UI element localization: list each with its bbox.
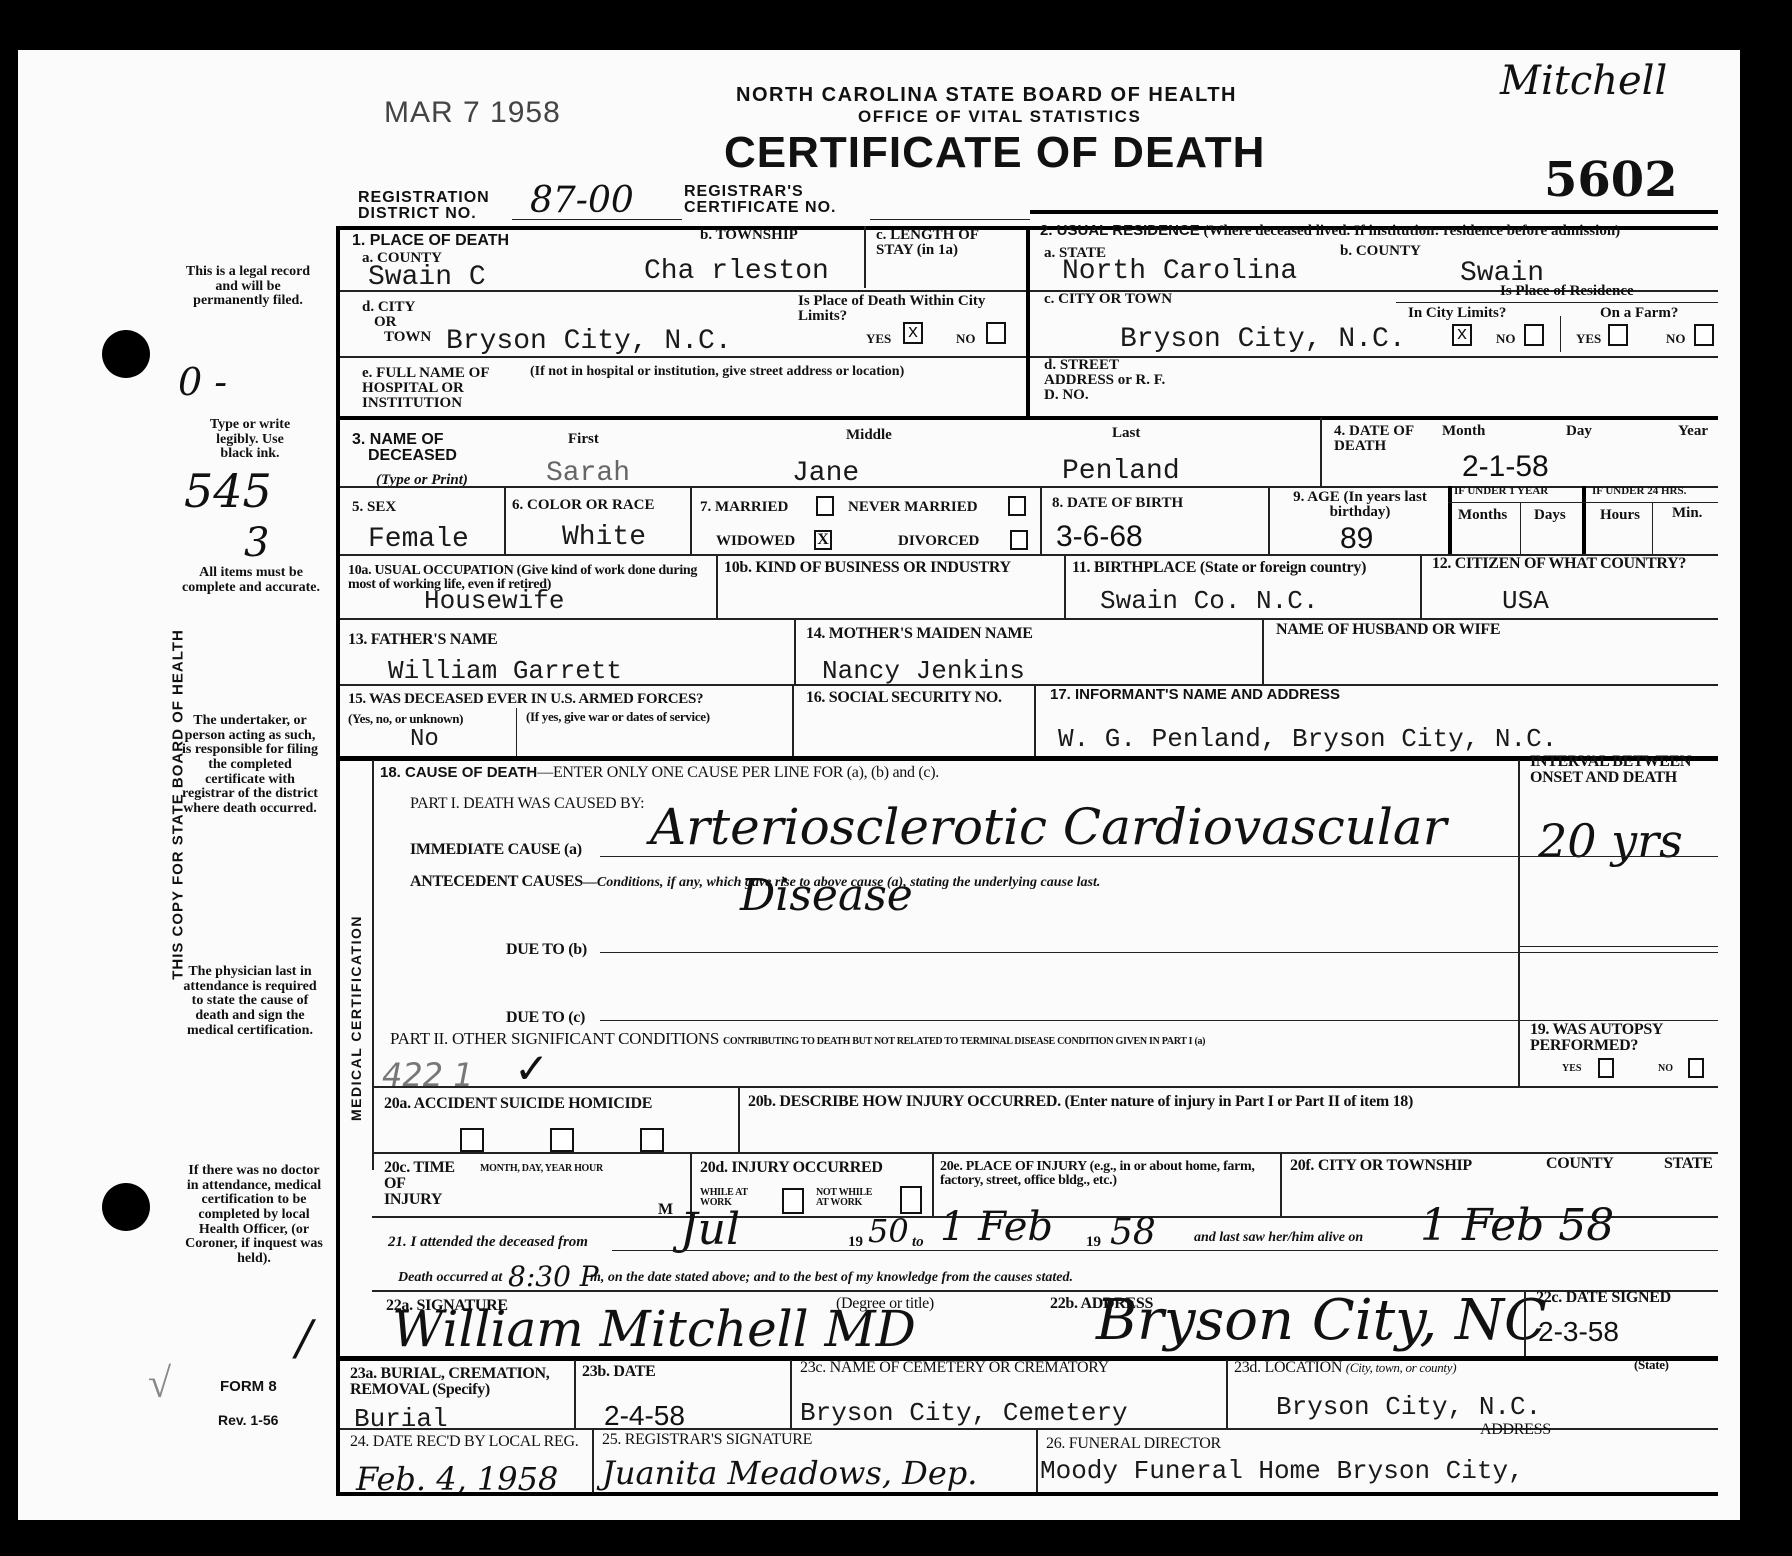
divider [932, 1152, 934, 1216]
physician-signature: William Mitchell MD [392, 1300, 916, 1358]
name-of-deceased-label: 3. NAME OF DECEASED [352, 432, 457, 464]
date-received-label: 24. DATE REC'D BY LOCAL REG. [350, 1434, 584, 1450]
residence-county-label: b. COUNTY [1340, 244, 1421, 259]
date-of-death-value: 2-1-58 [1462, 450, 1549, 484]
divider [690, 486, 692, 554]
divider [1524, 1290, 1526, 1360]
divider [1034, 684, 1036, 756]
injury-county-label: COUNTY [1546, 1156, 1614, 1172]
homicide-checkbox[interactable] [640, 1128, 664, 1152]
location-value: Bryson City, N.C. [1276, 1392, 1541, 1422]
within-city-yes-label: YES [866, 332, 891, 345]
on-farm-no-label: NO [1666, 332, 1686, 345]
in-city-no-label: NO [1496, 332, 1516, 345]
immediate-cause-value-2: Disease [740, 870, 913, 921]
min-label: Min. [1672, 506, 1702, 521]
race-value: White [562, 522, 646, 553]
registration-district-label: REGISTRATION DISTRICT NO. [358, 190, 490, 222]
divider [340, 618, 1718, 620]
office-name: OFFICE OF VITAL STATISTICS [858, 107, 1141, 127]
burial-state-label: (State) [1634, 1358, 1669, 1371]
on-farm-yes-checkbox[interactable] [1608, 324, 1628, 346]
medical-column-rule [372, 760, 374, 1170]
hours-label: Hours [1600, 508, 1640, 523]
birthplace-label: 11. BIRTHPLACE (State or foreign country… [1072, 560, 1366, 576]
divorced-label: DIVORCED [898, 534, 979, 549]
age-label: 9. AGE (In years last birthday) [1276, 490, 1444, 520]
immediate-cause-value: Arteriosclerotic Cardiovascular [650, 798, 1447, 856]
last-saw-label: and last saw her/him alive on [1194, 1230, 1404, 1246]
citizen-label: 12. CITIZEN OF WHAT COUNTRY? [1432, 556, 1686, 572]
date-signed-label: 22c. DATE SIGNED [1536, 1290, 1671, 1306]
hand-code-1: 0 - [178, 360, 227, 404]
last-name-label: Last [1112, 426, 1140, 441]
informant-value: W. G. Penland, Bryson City, N.C. [1058, 724, 1557, 754]
divider [372, 1152, 1718, 1154]
divider [1262, 618, 1264, 684]
under-1-year-label: IF UNDER 1 YEAR [1454, 486, 1548, 497]
note-legal-record: This is a legal record and will be perma… [178, 265, 318, 309]
injury-state-label: STATE [1664, 1156, 1713, 1172]
birthplace-value: Swain Co. N.C. [1100, 586, 1318, 616]
underline [1518, 856, 1718, 857]
pencil-check-mark: √ [148, 1360, 171, 1408]
days-label: Days [1534, 508, 1566, 523]
residence-state-value: North Carolina [1062, 256, 1297, 287]
divider [1280, 1152, 1282, 1216]
attended-from-year: 50 [868, 1212, 909, 1250]
divider [1320, 418, 1322, 486]
month-label: Month [1442, 424, 1485, 439]
divider [592, 1428, 594, 1494]
last-name-value: Penland [1062, 456, 1180, 487]
burial-date-label: 23b. DATE [582, 1364, 655, 1380]
accident-checkbox[interactable] [460, 1128, 484, 1152]
on-farm-yes-label: YES [1576, 332, 1601, 345]
autopsy-no-checkbox[interactable] [1688, 1058, 1704, 1078]
divider [1518, 760, 1520, 1086]
registration-district-value: 87-00 [530, 180, 634, 221]
day-label: Day [1566, 424, 1592, 439]
underline [512, 219, 682, 220]
section-rule [336, 416, 1718, 420]
divider [340, 290, 1026, 292]
place-of-injury-label: 20e. PLACE OF INJURY (e.g., in or about … [940, 1160, 1270, 1188]
residence-city-value: Bryson City, N.C. [1120, 324, 1406, 355]
medical-certification-label: MEDICAL CERTIFICATION [348, 878, 364, 1158]
never-married-checkbox[interactable] [1008, 496, 1026, 516]
note-physician: The physician last in attendance is requ… [180, 965, 320, 1038]
divider [504, 486, 506, 554]
last-saw-value: 1 Feb 58 [1420, 1200, 1614, 1251]
year-label: Year [1678, 424, 1708, 439]
divider [574, 1360, 576, 1428]
section-rule [336, 756, 1718, 761]
in-city-yes-checkbox[interactable]: x [1452, 324, 1472, 346]
place-of-residence-label: Is Place of Residence [1500, 284, 1634, 299]
widowed-label: WIDOWED [716, 534, 795, 549]
within-city-no-checkbox[interactable] [986, 322, 1006, 344]
on-farm-label: On a Farm? [1600, 306, 1678, 321]
first-name-label: First [568, 432, 599, 447]
not-while-at-work-checkbox[interactable] [900, 1186, 922, 1214]
attended-to-year: 58 [1110, 1212, 1156, 1253]
hospital-label: e. FULL NAME OF HOSPITAL OR INSTITUTION [362, 366, 502, 411]
interval-label: INTERVAL BETWEEN ONSET AND DEATH [1530, 754, 1720, 786]
armed-forces-sub2: (If yes, give war or dates of service) [526, 710, 710, 723]
immediate-cause-label: IMMEDIATE CAUSE (a) [410, 842, 582, 858]
middle-name-label: Middle [846, 428, 892, 443]
under-24-hours-label: IF UNDER 24 HRS. [1592, 486, 1686, 497]
date-signed-value: 2-3-58 [1538, 1316, 1619, 1348]
divider [1036, 1428, 1038, 1494]
form-number: FORM 8 [220, 1378, 277, 1395]
sex-value: Female [368, 524, 469, 555]
to-label: to [912, 1234, 924, 1251]
widowed-checkbox[interactable]: X [814, 530, 832, 550]
section-divider [1026, 226, 1030, 418]
in-city-limits-label: In City Limits? [1408, 306, 1506, 321]
place-of-death-label: 1. PLACE OF DEATH [352, 232, 509, 250]
death-time-value: 8:30 P [508, 1260, 599, 1293]
divorced-checkbox[interactable] [1010, 530, 1028, 550]
married-checkbox[interactable] [816, 496, 834, 516]
certificate-number: 5602 [1544, 152, 1678, 208]
divider [716, 554, 718, 618]
divider [372, 1086, 1718, 1088]
autopsy-no-label: NO [1658, 1064, 1673, 1074]
hand-code-2: 545 [184, 464, 272, 518]
describe-injury-label: 20b. DESCRIBE HOW INJURY OCCURRED. (Ente… [748, 1094, 1413, 1110]
within-city-yes-checkbox[interactable]: x [903, 322, 923, 344]
death-county-value: Swain C [368, 262, 486, 293]
death-occurred-note: m, on the date stated above; and to the … [590, 1270, 1073, 1286]
informant-label: 17. INFORMANT'S NAME AND ADDRESS [1050, 686, 1340, 703]
time-of-injury-sub: MONTH, DAY, YEAR HOUR [480, 1164, 603, 1174]
header-rule [1030, 210, 1718, 214]
divider [1448, 486, 1452, 554]
interval-value: 20 yrs [1538, 814, 1683, 868]
divider [790, 1360, 792, 1428]
within-city-no-label: NO [956, 332, 976, 345]
armed-forces-value: No [410, 726, 439, 753]
occupation-value: Housewife [424, 586, 564, 616]
hand-code-3: 3 [244, 520, 269, 566]
middle-name-value: Jane [792, 458, 859, 489]
divider [1652, 502, 1653, 554]
within-city-label: Is Place of Death Within City Limits? [798, 294, 1024, 324]
cemetery-label: 23c. NAME OF CEMETERY OR CREMATORY [800, 1360, 1109, 1376]
funeral-director-label: 26. FUNERAL DIRECTOR [1046, 1436, 1221, 1452]
death-city-value: Bryson City, N.C. [446, 326, 732, 357]
ssn-label: 16. SOCIAL SECURITY NO. [806, 690, 1002, 706]
residence-city-label: c. CITY OR TOWN [1044, 292, 1172, 307]
autopsy-yes-checkbox[interactable] [1598, 1058, 1614, 1078]
registrar-signature-value: Juanita Meadows, Dep. [602, 1454, 977, 1492]
city-label: d. CITY OR TOWN [362, 300, 431, 345]
board-name: NORTH CAROLINA STATE BOARD OF HEALTH [736, 84, 1237, 107]
street-address-label: d. STREET ADDRESS or R. F. D. NO. [1044, 358, 1174, 403]
injury-occurred-label: 20d. INJURY OCCURRED [700, 1160, 883, 1176]
autopsy-yes-label: YES [1562, 1064, 1581, 1074]
divider [1226, 1360, 1228, 1428]
married-label: 7. MARRIED [700, 500, 788, 515]
attended-to-value: 1 Feb [940, 1204, 1053, 1250]
bottom-rule [336, 1492, 1718, 1496]
injury-city-label: 20f. CITY OR TOWNSHIP [1290, 1158, 1472, 1174]
never-married-label: NEVER MARRIED [848, 500, 978, 515]
underline [870, 219, 1030, 220]
divider [516, 708, 517, 756]
sex-label: 5. SEX [352, 500, 396, 515]
note-complete: All items must be complete and accurate. [176, 566, 326, 595]
underline [612, 1250, 1718, 1251]
death-township-value: Cha rleston [644, 256, 829, 287]
armed-forces-label: 15. WAS DECEASED EVER IN U.S. ARMED FORC… [348, 692, 703, 707]
first-name-value: Sarah [546, 458, 630, 489]
funeral-director-value: Moody Funeral Home Bryson City, [1040, 1456, 1524, 1486]
in-city-no-checkbox[interactable] [1524, 324, 1544, 346]
mother-name-value: Nancy Jenkins [822, 656, 1025, 686]
attended-label: 21. I attended the deceased from [388, 1234, 588, 1251]
year-prefix-2: 19 [1086, 1234, 1101, 1251]
injury-type-label: 20a. ACCIDENT SUICIDE HOMICIDE [384, 1096, 652, 1112]
divider [792, 684, 794, 756]
date-of-birth-value: 3-6-68 [1056, 520, 1143, 554]
date-of-birth-label: 8. DATE OF BIRTH [1052, 496, 1183, 511]
underline [1518, 946, 1718, 947]
registrar-certificate-label: REGISTRAR'S CERTIFICATE NO. [684, 184, 836, 216]
divider [1268, 486, 1270, 554]
hand-mark: / [296, 1310, 312, 1366]
funeral-address-label: ADDRESS [1480, 1422, 1551, 1438]
note-type-legibly: Type or write legibly. Use black ink. [200, 418, 300, 462]
length-of-stay-label: c. LENGTH OF STAY (in 1a) [876, 228, 1016, 258]
punch-hole-bottom [102, 1183, 150, 1231]
divider [1520, 502, 1521, 554]
note-no-doctor: If there was no doctor in attendance, me… [184, 1164, 324, 1267]
death-occurred-label: Death occurred at [398, 1270, 502, 1286]
burial-type-label: 23a. BURIAL, CREMATION, REMOVAL (Specify… [350, 1366, 570, 1398]
cemetery-value: Bryson City, Cemetery [800, 1398, 1128, 1428]
part1-label: PART I. DEATH WAS CAUSED BY: [410, 796, 644, 812]
due-to-c-label: DUE TO (c) [506, 1010, 585, 1026]
year-prefix-1: 19 [848, 1234, 863, 1251]
autopsy-label: 19. WAS AUTOPSY PERFORMED? [1530, 1022, 1710, 1054]
divider [340, 356, 1026, 358]
age-value: 89 [1340, 522, 1373, 556]
while-at-work-checkbox[interactable] [782, 1188, 804, 1214]
underline [600, 952, 1718, 953]
divider [1040, 486, 1042, 554]
form-revision: Rev. 1-56 [218, 1412, 278, 1428]
page-title: CERTIFICATE OF DEATH [724, 128, 1265, 178]
location-label: 23d. LOCATION (City, town, or county) [1234, 1360, 1456, 1376]
divider [1396, 302, 1718, 303]
note-undertaker: The undertaker, or person acting as such… [180, 714, 320, 817]
cause-code: 422 1 [382, 1056, 474, 1094]
on-farm-no-checkbox[interactable] [1694, 324, 1714, 346]
not-while-at-work-label: NOT WHILE AT WORK [816, 1188, 886, 1208]
attended-from-value: Jul [680, 1204, 740, 1255]
corner-signature: Mitchell [1500, 58, 1667, 104]
citizen-value: USA [1502, 586, 1549, 616]
spouse-name-label: NAME OF HUSBAND OR WIFE [1276, 622, 1500, 638]
punch-hole-top [102, 330, 150, 378]
divider [864, 226, 866, 288]
divider [738, 1086, 740, 1152]
divider [1420, 554, 1422, 618]
divider [1064, 554, 1066, 618]
divider [340, 684, 1718, 686]
business-label: 10b. KIND OF BUSINESS OR INDUSTRY [724, 560, 1011, 576]
father-name-value: William Garrett [388, 656, 622, 686]
received-stamp: MAR 7 1958 [384, 96, 561, 130]
suicide-checkbox[interactable] [550, 1128, 574, 1152]
divider [1448, 502, 1718, 503]
registrar-signature-label: 25. REGISTRAR'S SIGNATURE [602, 1432, 812, 1448]
armed-forces-sub1: (Yes, no, or unknown) [348, 712, 463, 725]
physician-address: Bryson City, NC [1096, 1288, 1547, 1353]
months-label: Months [1458, 508, 1507, 523]
time-of-injury-label: 20c. TIME OF INJURY [384, 1160, 464, 1208]
part2-label: PART II. OTHER SIGNIFICANT CONDITIONS CO… [390, 1030, 1205, 1049]
divider [1582, 486, 1586, 554]
cause-of-death-label: 18. CAUSE OF DEATH—ENTER ONLY ONE CAUSE … [380, 764, 939, 782]
usual-residence-label: 2. USUAL RESIDENCE (Where deceased lived… [1040, 222, 1620, 240]
township-label: b. TOWNSHIP [700, 228, 798, 243]
divider [1560, 316, 1561, 352]
underline [600, 856, 1518, 857]
hospital-note: (If not in hospital or institution, give… [530, 364, 904, 380]
due-to-b-label: DUE TO (b) [506, 942, 587, 958]
date-of-death-label: 4. DATE OF DEATH [1334, 424, 1414, 454]
race-label: 6. COLOR OR RACE [512, 498, 655, 513]
divider [794, 618, 796, 684]
mother-name-label: 14. MOTHER'S MAIDEN NAME [806, 626, 1033, 642]
father-name-label: 13. FATHER'S NAME [348, 632, 497, 648]
